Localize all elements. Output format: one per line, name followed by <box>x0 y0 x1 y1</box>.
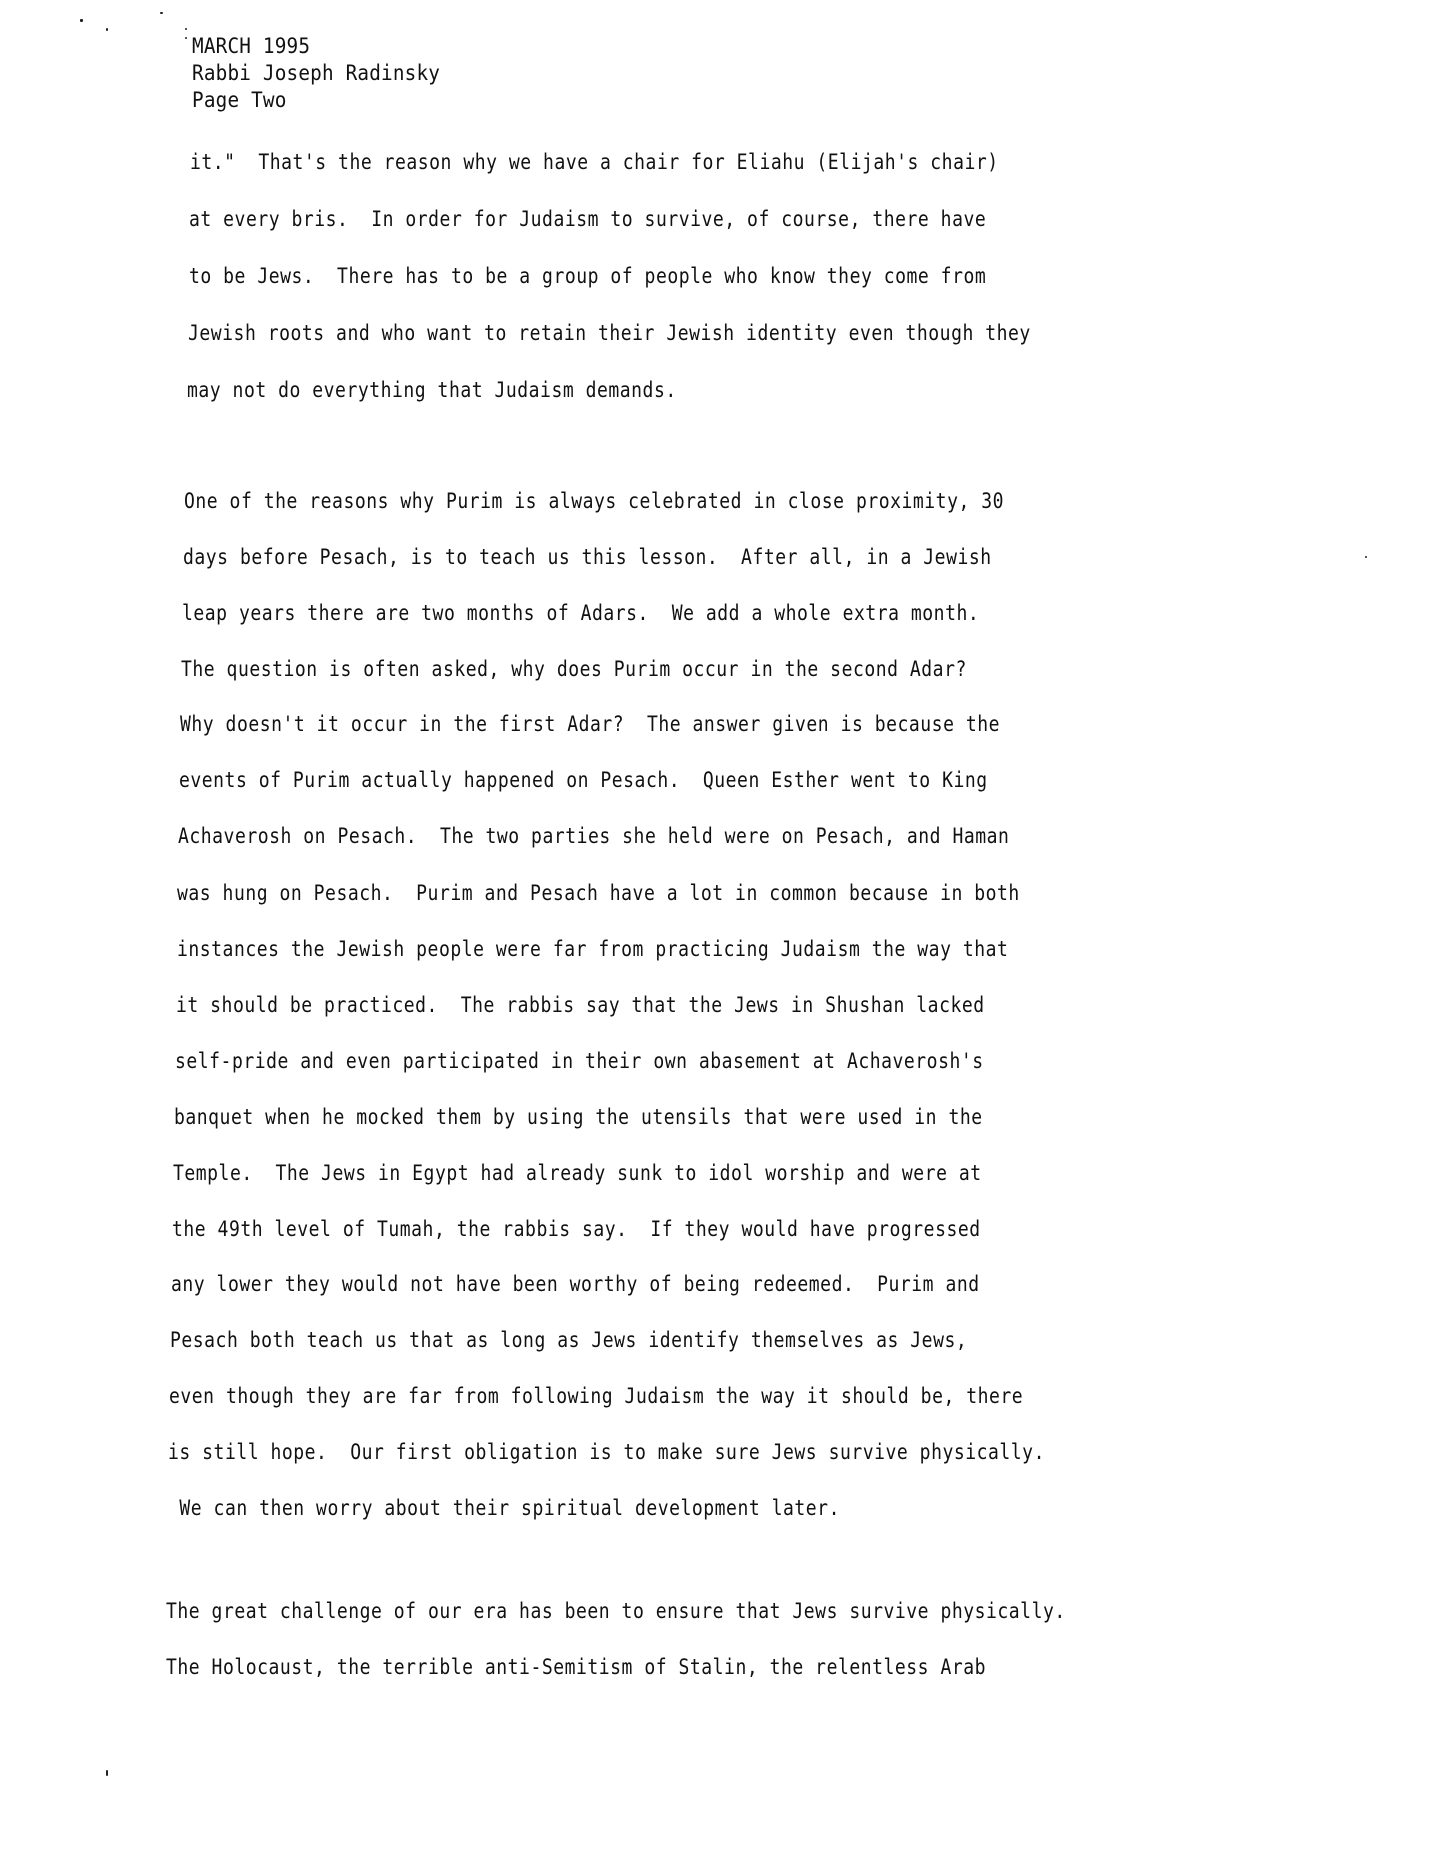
header-page-label: Page Two <box>192 88 287 112</box>
body-line: One of the reasons why Purim is always c… <box>184 488 1004 514</box>
scan-speck <box>1365 556 1367 558</box>
body-line: the 49th level of Tumah, the rabbis say.… <box>172 1216 981 1242</box>
body-line: self-pride and even participated in thei… <box>175 1048 984 1074</box>
body-line: The great challenge of our era has been … <box>166 1598 1066 1624</box>
body-line: even though they are far from following … <box>169 1383 1023 1409</box>
scan-speck <box>185 37 187 39</box>
body-line: any lower they would not have been worth… <box>171 1271 980 1297</box>
body-line: to be Jews. There has to be a group of p… <box>189 263 986 289</box>
body-line: Temple. The Jews in Egypt had already su… <box>173 1160 982 1186</box>
scan-speck <box>160 12 163 14</box>
scan-speck <box>185 28 187 30</box>
body-line: was hung on Pesach. Purim and Pesach hav… <box>177 880 1020 906</box>
body-line: it." That's the reason why we have a cha… <box>190 149 999 175</box>
header-author: Rabbi Joseph Radinsky <box>192 61 440 85</box>
body-line: is still hope. Our first obligation is t… <box>168 1439 1045 1465</box>
body-line: may not do everything that Judaism deman… <box>187 377 677 403</box>
body-line: banquet when he mocked them by using the… <box>174 1104 983 1130</box>
body-line: instances the Jewish people were far fro… <box>177 936 1008 962</box>
body-line: We can then worry about their spiritual … <box>168 1495 840 1521</box>
body-line: Jewish roots and who want to retain thei… <box>188 320 1031 346</box>
body-line: days before Pesach, is to teach us this … <box>183 544 992 570</box>
body-line: The question is often asked, why does Pu… <box>181 656 967 682</box>
body-line: it should be practiced. The rabbis say t… <box>176 992 985 1018</box>
body-line: Pesach both teach us that as long as Jew… <box>170 1327 967 1353</box>
scan-speck <box>106 1770 108 1776</box>
body-line: Why doesn't it occur in the first Adar? … <box>180 711 1000 737</box>
scan-speck <box>106 28 108 31</box>
body-line: events of Purim actually happened on Pes… <box>179 767 988 793</box>
header-date: MARCH 1995 <box>192 34 310 58</box>
body-line: at every bris. In order for Judaism to s… <box>189 206 986 232</box>
body-line: leap years there are two months of Adars… <box>182 600 979 626</box>
body-line: Achaverosh on Pesach. The two parties sh… <box>178 823 1009 849</box>
scan-speck <box>80 19 83 22</box>
document-page: MARCH 1995 Rabbi Joseph Radinsky Page Tw… <box>0 0 1430 1851</box>
body-line: The Holocaust, the terrible anti-Semitis… <box>166 1654 986 1680</box>
